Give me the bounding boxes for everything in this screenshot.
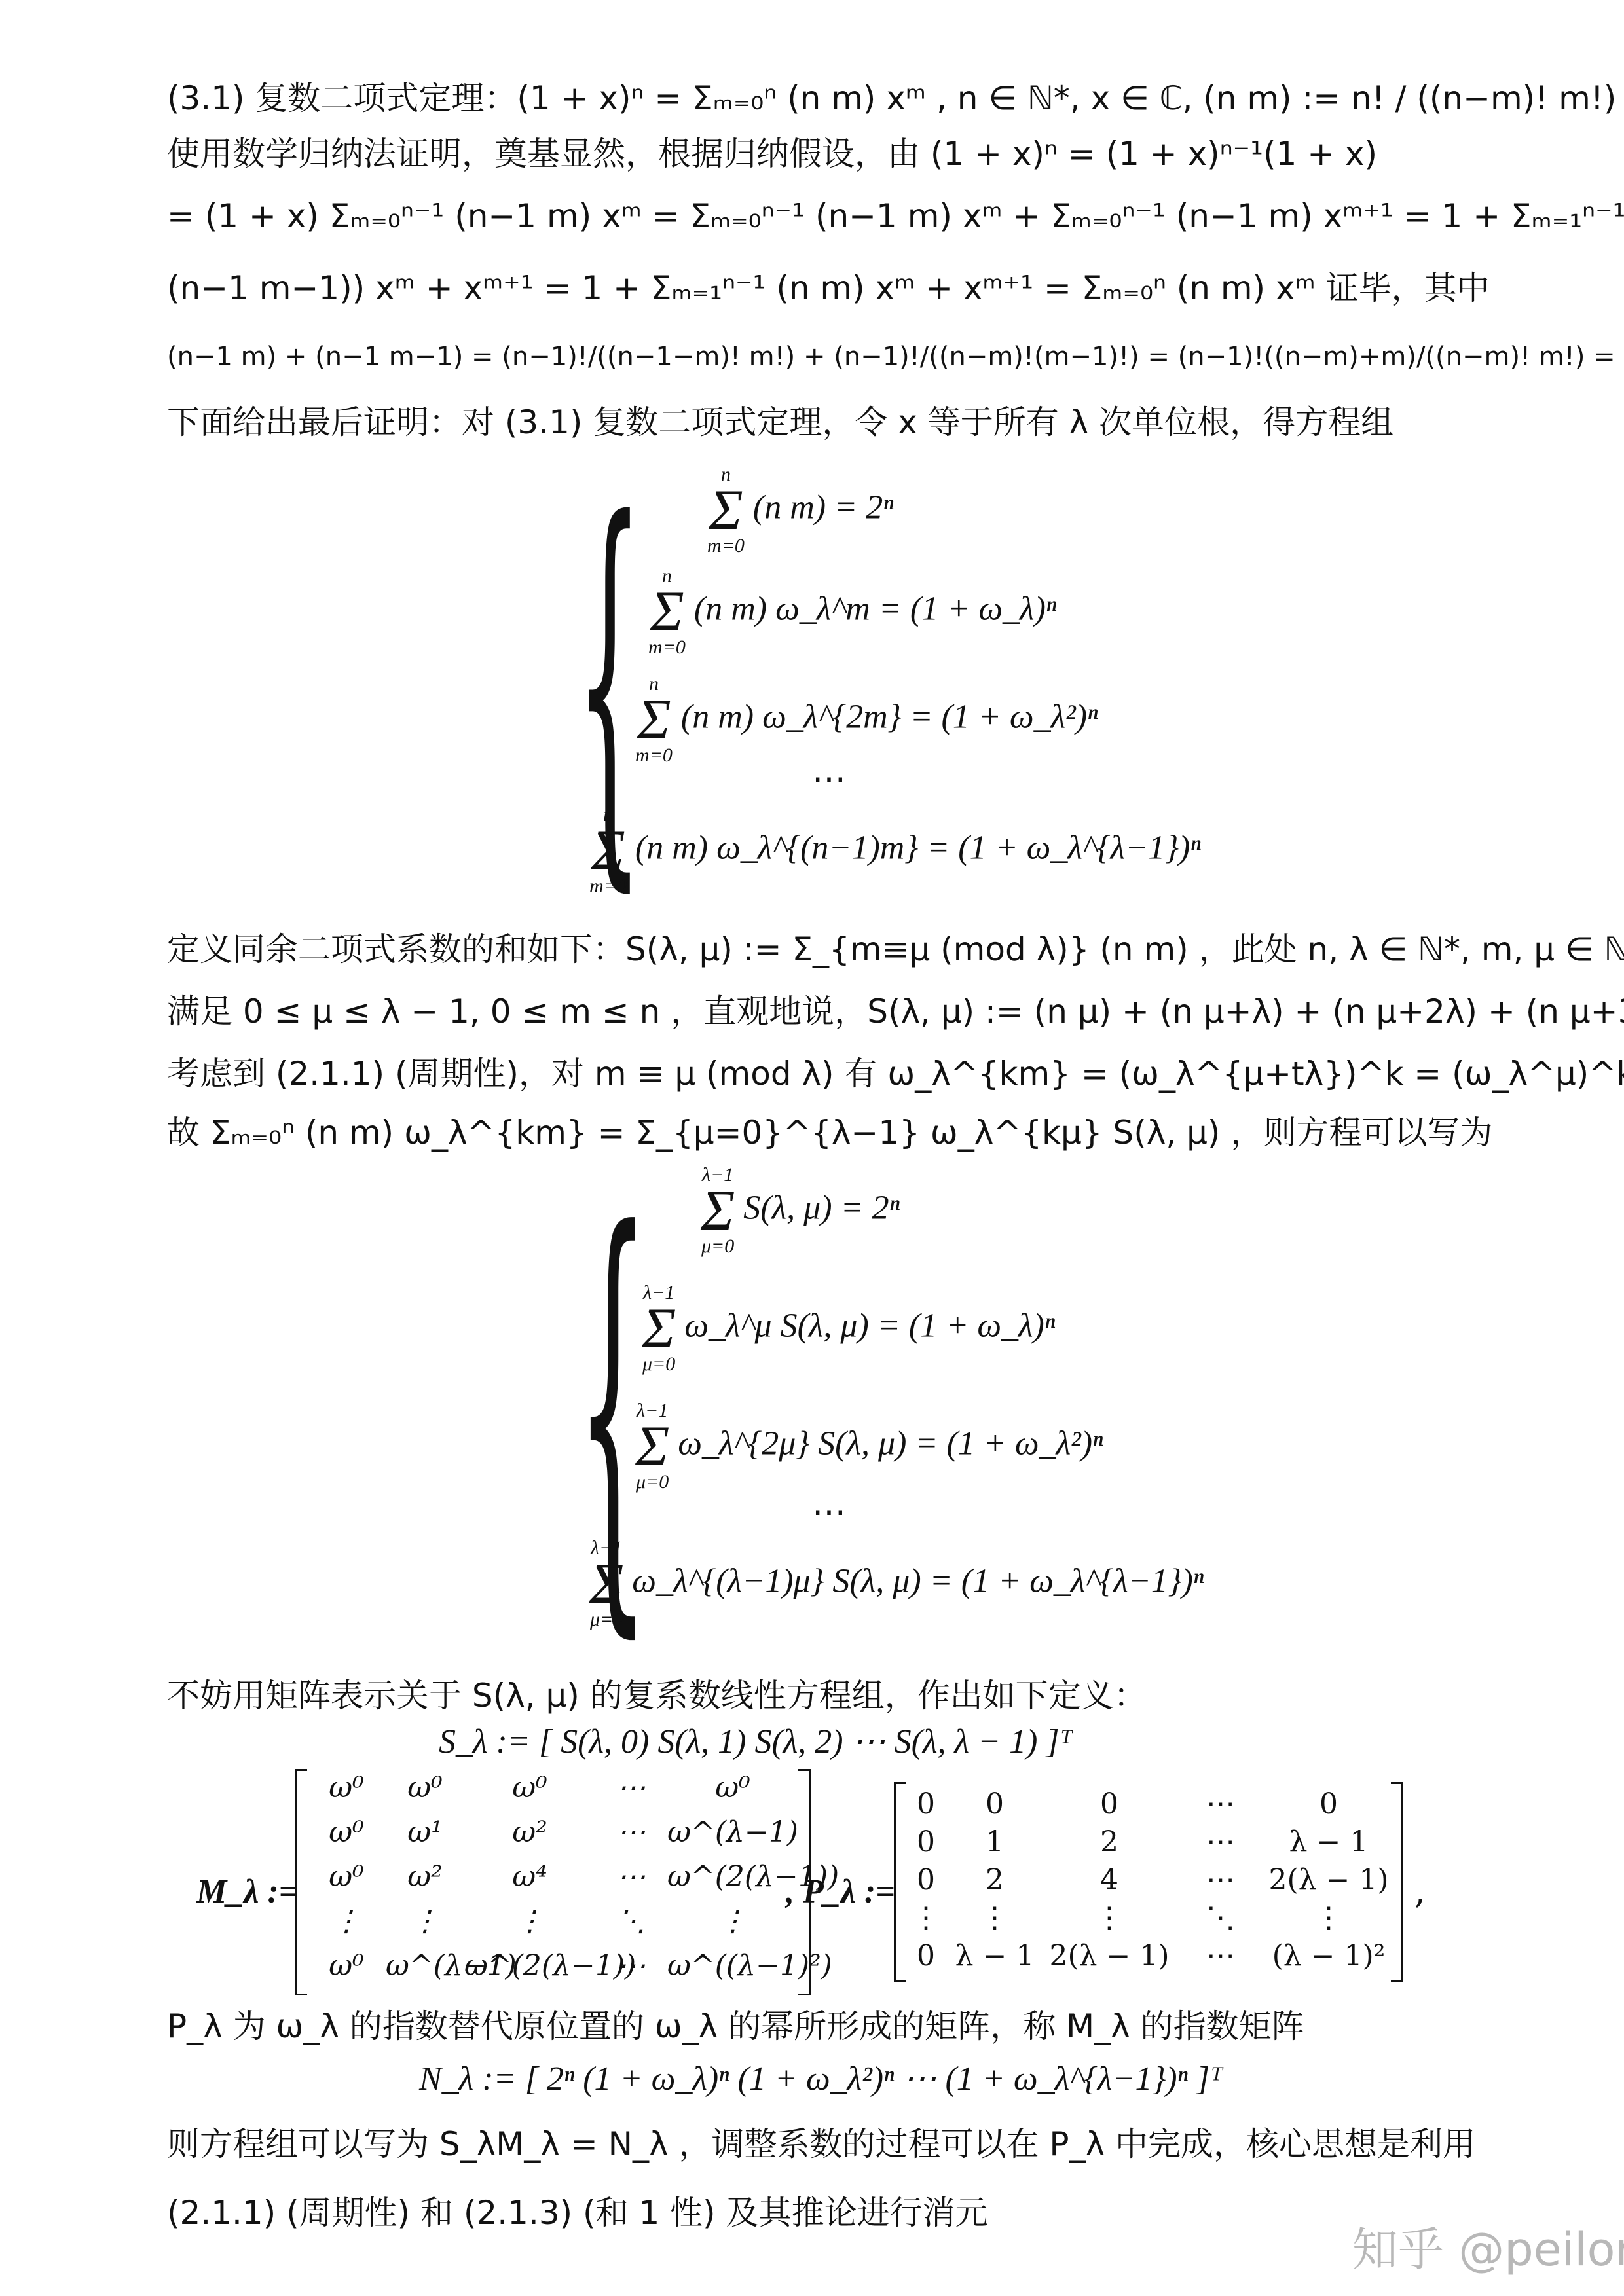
P-matrix-cell: 0 (1044, 1787, 1175, 1825)
system1-row-last: nΣm=0 (n m) ω_λ^{(n−1)m} = (1 + ω_λ^{λ−1… (589, 805, 1201, 896)
P-matrix: 000⋯0012⋯λ − 1024⋯2(λ − 1)⋮⋮⋮⋱⋮0λ − 12(λ… (894, 1781, 1403, 1984)
P-matrix-cell: 0 (946, 1787, 1044, 1825)
M-matrix-cell: ⋮ (307, 1904, 386, 1949)
system1-row-2: nΣm=0 (n m) ω_λ^m = (1 + ω_λ)ⁿ (648, 566, 1056, 657)
system1-ellipsis: ⋯ (812, 759, 846, 799)
P-matrix-cell: 1 (946, 1825, 1044, 1863)
P-matrix-cell: ⋯ (1175, 1825, 1266, 1863)
M-matrix-cell: ω^((λ−1)²) (667, 1949, 798, 1994)
definition-S-expanded: 满足 0 ≤ μ ≤ λ − 1, 0 ≤ m ≤ n ，直观地说，S(λ, μ… (167, 985, 1624, 1038)
M-matrix: ω⁰ω⁰ω⁰⋯ω⁰ω⁰ω¹ω²⋯ω^(λ−1)ω⁰ω²ω⁴⋯ω^(2(λ−1))… (295, 1768, 811, 1997)
M-matrix-cell: ω⁰ (307, 1860, 386, 1904)
P-matrix-cell: 0 (1266, 1787, 1391, 1825)
zhihu-watermark: 知乎 @peilomap (1352, 2213, 1624, 2279)
P-matrix-cell: 0 (906, 1825, 946, 1863)
M-matrix-cell: ω⁰ (307, 1815, 386, 1860)
P-matrix-cell: ⋯ (1175, 1939, 1266, 1977)
system1-row-3: nΣm=0 (n m) ω_λ^{2m} = (1 + ω_λ²)ⁿ (635, 674, 1098, 765)
M-matrix-cell: ω^(2(λ−1)) (667, 1860, 798, 1904)
M-matrix-cell: ⋱ (595, 1904, 667, 1949)
periodicity-note: 考虑到 (2.1.1) (周期性)，对 m ≡ μ (mod λ) 有 ω_λ^… (167, 1048, 1624, 1100)
equation-system-2: { λ−1Σμ=0 S(λ, μ) = 2ⁿ λ−1Σμ=0 ω_λ^μ S(λ… (576, 1159, 1166, 1656)
M-matrix-cell: ⋮ (667, 1904, 798, 1949)
M-matrix-cell: ω⁰ (667, 1771, 798, 1815)
P-matrix-cell: ⋮ (906, 1901, 946, 1939)
N-vector-definition: N_λ := [ 2ⁿ (1 + ω_λ)ⁿ (1 + ω_λ²)ⁿ ⋯ (1 … (419, 2059, 1223, 2098)
P-description: P_λ 为 ω_λ 的指数替代原位置的 ω_λ 的幂所形成的矩阵，称 M_λ 的… (167, 2000, 1304, 2052)
M-label: M_λ := (196, 1872, 298, 1911)
M-matrix-cell: ⋯ (595, 1815, 667, 1860)
M-matrix-cell: ω^(λ−1) (386, 1949, 464, 1994)
P-label: , P_λ := (786, 1872, 895, 1911)
induction-step-2: (n−1 m−1)) xᵐ + xᵐ⁺¹ = 1 + Σₘ₌₁ⁿ⁻¹ (n m)… (167, 262, 1490, 314)
P-matrix-cell: 0 (906, 1939, 946, 1977)
P-matrix-cell: ⋯ (1175, 1787, 1266, 1825)
P-matrix-cell: 2(λ − 1) (1266, 1863, 1391, 1901)
M-matrix-cell: ⋮ (464, 1904, 595, 1949)
M-matrix-cell: ω⁰ (307, 1771, 386, 1815)
M-matrix-cell: ω^(λ−1) (667, 1815, 798, 1860)
M-matrix-cell: ω⁰ (464, 1771, 595, 1815)
P-matrix-cell: ⋯ (1175, 1863, 1266, 1901)
matrix-equation-note: 则方程组可以写为 S_λM_λ = N_λ ，调整系数的过程可以在 P_λ 中完… (167, 2118, 1475, 2170)
P-matrix-cell: 2(λ − 1) (1044, 1939, 1175, 1977)
P-matrix-cell: λ − 1 (946, 1939, 1044, 1977)
P-matrix-grid: 000⋯0012⋯λ − 1024⋯2(λ − 1)⋮⋮⋮⋱⋮0λ − 12(λ… (906, 1787, 1391, 1977)
induction-intro: 使用数学归纳法证明，奠基显然，根据归纳假设，由 (1 + x)ⁿ = (1 + … (167, 128, 1377, 180)
P-matrix-cell: ⋮ (1044, 1901, 1175, 1939)
M-matrix-grid: ω⁰ω⁰ω⁰⋯ω⁰ω⁰ω¹ω²⋯ω^(λ−1)ω⁰ω²ω⁴⋯ω^(2(λ−1))… (307, 1771, 798, 1994)
final-proof-intro: 下面给出最后证明：对 (3.1) 复数二项式定理，令 x 等于所有 λ 次单位根… (167, 396, 1393, 448)
pascal-identity: (n−1 m) + (n−1 m−1) = (n−1)!/((n−1−m)! m… (167, 331, 1624, 383)
system2-row-last: λ−1Σμ=0 ω_λ^{(λ−1)μ} S(λ, μ) = (1 + ω_λ^… (589, 1539, 1204, 1630)
P-matrix-cell: 0 (906, 1787, 946, 1825)
system2-row-3: λ−1Σμ=0 ω_λ^{2μ} S(λ, μ) = (1 + ω_λ²)ⁿ (635, 1401, 1103, 1492)
elimination-note: (2.1.1) (周期性) 和 (2.1.3) (和 1 性) 及其推论进行消元 (167, 2187, 988, 2239)
M-matrix-cell: ω² (386, 1860, 464, 1904)
P-trailing-comma: , (1414, 1872, 1426, 1912)
P-matrix-cell: 0 (906, 1863, 946, 1901)
definition-S: 定义同余二项式系数的和如下：S(λ, μ) := Σ_{m≡μ (mod λ)}… (167, 923, 1624, 975)
rewrite-note: 故 Σₘ₌₀ⁿ (n m) ω_λ^{km} = Σ_{μ=0}^{λ−1} ω… (167, 1106, 1492, 1159)
P-matrix-cell: 2 (946, 1863, 1044, 1901)
M-matrix-cell: ⋯ (595, 1949, 667, 1994)
theorem-statement: (3.1) 复数二项式定理：(1 + x)ⁿ = Σₘ₌₀ⁿ (n m) xᵐ … (167, 72, 1616, 124)
P-matrix-cell: (λ − 1)² (1266, 1939, 1391, 1977)
M-matrix-cell: ⋯ (595, 1860, 667, 1904)
M-matrix-cell: ω⁴ (464, 1860, 595, 1904)
M-matrix-cell: ω¹ (386, 1815, 464, 1860)
M-matrix-cell: ω⁰ (386, 1771, 464, 1815)
P-matrix-cell: λ − 1 (1266, 1825, 1391, 1863)
P-matrix-cell: 4 (1044, 1863, 1175, 1901)
P-matrix-cell: ⋮ (946, 1901, 1044, 1939)
system2-row-1: λ−1Σμ=0 S(λ, μ) = 2ⁿ (701, 1165, 900, 1256)
system2-row-2: λ−1Σμ=0 ω_λ^μ S(λ, μ) = (1 + ω_λ)ⁿ (642, 1283, 1055, 1374)
M-matrix-cell: ω² (464, 1815, 595, 1860)
P-matrix-cell: 2 (1044, 1825, 1175, 1863)
equation-system-1: { nΣm=0 (n m) = 2ⁿ nΣm=0 (n m) ω_λ^m = (… (576, 452, 1166, 910)
P-matrix-cell: ⋱ (1175, 1901, 1266, 1939)
system1-row-1: nΣm=0 (n m) = 2ⁿ (707, 465, 894, 556)
M-matrix-cell: ω⁰ (307, 1949, 386, 1994)
S-vector-definition: S_λ := [ S(λ, 0) S(λ, 1) S(λ, 2) ⋯ S(λ, … (439, 1722, 1073, 1761)
M-matrix-cell: ⋯ (595, 1771, 667, 1815)
induction-step-1: = (1 + x) Σₘ₌₀ⁿ⁻¹ (n−1 m) xᵐ = Σₘ₌₀ⁿ⁻¹ (… (167, 190, 1624, 242)
matrix-intro: 不妨用矩阵表示关于 S(λ, μ) 的复系数线性方程组，作出如下定义： (167, 1669, 1147, 1722)
system2-ellipsis: ⋯ (812, 1493, 846, 1532)
M-matrix-cell: ⋮ (386, 1904, 464, 1949)
M-matrix-cell: ω^(2(λ−1)) (464, 1949, 595, 1994)
P-matrix-cell: ⋮ (1266, 1901, 1391, 1939)
